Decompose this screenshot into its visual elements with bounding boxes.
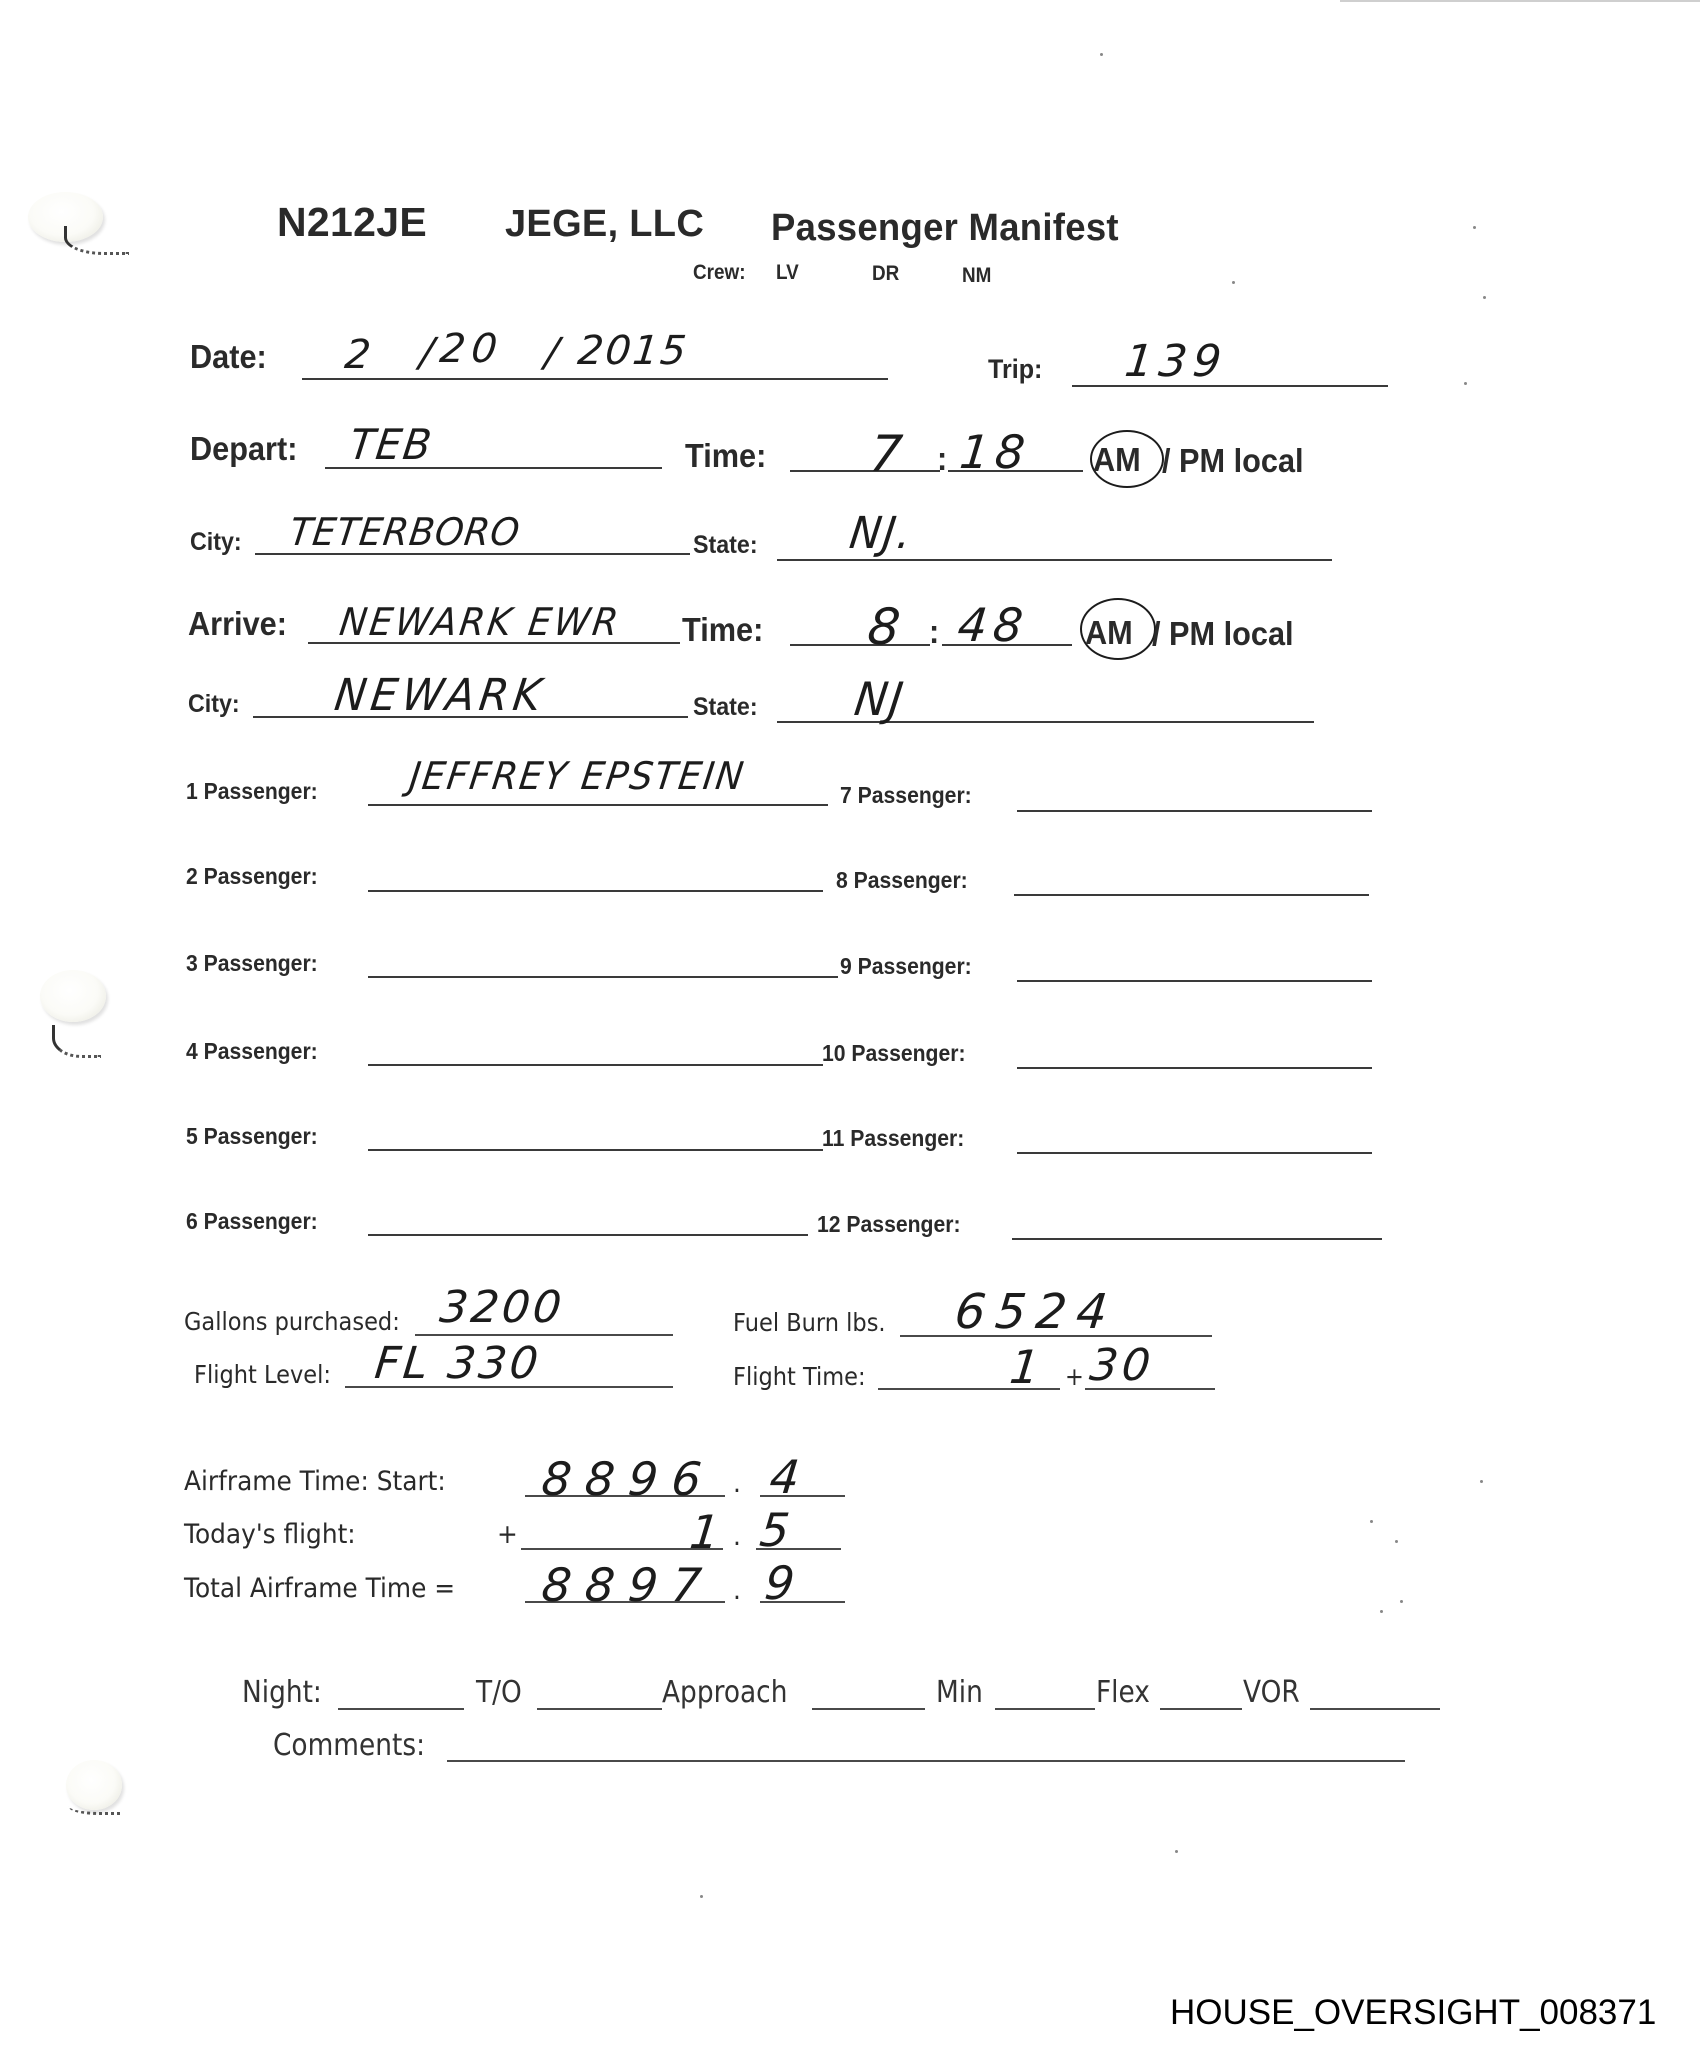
depart-time-minute[interactable]: 18 <box>957 425 1033 479</box>
flex-label: Flex <box>1096 1675 1150 1710</box>
depart-time-hour[interactable]: 7 <box>867 425 911 483</box>
night-label: Night: <box>242 1675 322 1710</box>
gallons-value[interactable]: 3200 <box>437 1282 566 1333</box>
punch-hole-top-shadow <box>64 226 129 255</box>
arrive-am-option[interactable]: AM <box>1085 614 1133 652</box>
scan-edge <box>1340 0 1700 2</box>
depart-time-colon: : <box>937 440 947 478</box>
arrive-label: Arrive: <box>188 605 287 643</box>
passenger-2-line[interactable] <box>368 890 823 892</box>
scan-speck <box>1473 226 1476 229</box>
punch-hole-middle <box>40 970 106 1022</box>
depart-pm-local-option[interactable]: / PM local <box>1162 442 1304 480</box>
flex-line[interactable] <box>1160 1708 1242 1710</box>
flight-time-label: Flight Time: <box>733 1362 866 1391</box>
total-airframe-label: Total Airframe Time = <box>184 1573 455 1604</box>
fuel-burn-value[interactable]: 6524 <box>952 1284 1120 1340</box>
arrive-state-label: State: <box>693 693 758 722</box>
passenger-10-label: 10 Passenger: <box>822 1040 966 1067</box>
passenger-1-name[interactable]: JEFFREY EPSTEIN <box>407 754 748 798</box>
fuel-burn-label: Fuel Burn lbs. <box>733 1308 886 1337</box>
airframe-start-whole[interactable]: 8896 <box>539 1452 718 1506</box>
depart-city-label: City: <box>190 528 242 557</box>
depart-label: Depart: <box>190 430 297 468</box>
date-year[interactable]: 2015 <box>576 328 691 374</box>
date-field-line <box>302 378 888 380</box>
airframe-start-label: Airframe Time: Start: <box>184 1466 446 1497</box>
approach-label: Approach <box>662 1675 787 1710</box>
passenger-6-label: 6 Passenger: <box>186 1208 318 1235</box>
gallons-label: Gallons purchased: <box>184 1307 400 1336</box>
scan-speck <box>1480 1480 1483 1483</box>
todays-flight-tenth[interactable]: 5 <box>757 1503 806 1557</box>
date-separator-2: / <box>543 330 567 376</box>
crew-member-3: NM <box>962 264 991 288</box>
total-airframe-whole[interactable]: 8897 <box>539 1558 718 1612</box>
arrive-time-minute[interactable]: 48 <box>955 598 1031 652</box>
passenger-8-label: 8 Passenger: <box>836 867 968 894</box>
depart-am-option[interactable]: AM <box>1093 441 1141 479</box>
date-label: Date: <box>190 338 267 376</box>
airframe-start-tenth[interactable]: 4 <box>767 1450 816 1504</box>
passenger-12-label: 12 Passenger: <box>817 1211 961 1238</box>
vor-line[interactable] <box>1310 1708 1440 1710</box>
passenger-7-line[interactable] <box>1017 810 1372 812</box>
crew-label: Crew: <box>693 261 746 285</box>
passenger-5-label: 5 Passenger: <box>186 1123 318 1150</box>
todays-flight-label: Today's flight: <box>184 1519 356 1550</box>
passenger-1-label: 1 Passenger: <box>186 778 318 805</box>
airframe-decimal: . <box>733 1468 741 1499</box>
date-month[interactable]: 2 <box>343 332 379 378</box>
company-name: JEGE, LLC <box>505 203 704 246</box>
crew-member-1: LV <box>776 261 799 285</box>
passenger-10-line[interactable] <box>1017 1067 1372 1069</box>
depart-state-label: State: <box>693 531 758 560</box>
passenger-9-label: 9 Passenger: <box>840 953 972 980</box>
flight-time-minutes[interactable]: 30 <box>1087 1340 1156 1391</box>
arrive-city-label: City: <box>188 690 240 719</box>
arrive-time-hour[interactable]: 8 <box>865 598 909 656</box>
arrive-time-label: Time: <box>682 611 763 649</box>
passenger-6-line[interactable] <box>368 1234 808 1236</box>
bates-number: HOUSE_OVERSIGHT_008371 <box>1170 1993 1656 2033</box>
gallons-line <box>415 1334 673 1336</box>
arrive-hour-line <box>790 644 930 646</box>
passenger-11-label: 11 Passenger: <box>822 1125 964 1152</box>
comments-label: Comments: <box>273 1728 425 1763</box>
passenger-4-label: 4 Passenger: <box>186 1038 318 1065</box>
arrive-airport[interactable]: NEWARK EWR <box>337 600 624 644</box>
trip-label: Trip: <box>988 354 1042 385</box>
flight-time-plus: + <box>1065 1362 1084 1391</box>
todays-flight-plus: + <box>497 1519 518 1550</box>
arrive-pm-local-option[interactable]: / PM local <box>1152 615 1294 653</box>
flight-time-hours[interactable]: 1 <box>1007 1340 1048 1394</box>
passenger-3-line[interactable] <box>368 976 838 978</box>
passenger-7-label: 7 Passenger: <box>840 782 972 809</box>
airframe-decimal: . <box>733 1575 741 1606</box>
trip-field-line <box>1072 385 1388 387</box>
vor-label: VOR <box>1243 1675 1300 1710</box>
takeoff-label: T/O <box>476 1675 522 1710</box>
passenger-11-line[interactable] <box>1017 1152 1372 1154</box>
passenger-5-line[interactable] <box>368 1149 823 1151</box>
passenger-1-line <box>368 804 828 806</box>
passenger-8-line[interactable] <box>1014 894 1369 896</box>
approach-line[interactable] <box>812 1708 925 1710</box>
todays-flight-whole[interactable]: 1 <box>687 1505 736 1559</box>
scan-speck <box>700 1895 703 1898</box>
scan-speck <box>1400 1600 1403 1603</box>
min-label: Min <box>936 1675 983 1710</box>
airframe-decimal: . <box>733 1521 741 1552</box>
takeoff-line[interactable] <box>537 1708 662 1710</box>
scan-speck <box>1395 1540 1398 1543</box>
total-airframe-tenth[interactable]: 9 <box>762 1556 811 1610</box>
passenger-3-label: 3 Passenger: <box>186 950 318 977</box>
scan-speck <box>1370 1520 1373 1523</box>
crew-member-2: DR <box>872 262 899 286</box>
tail-number: N212JE <box>277 199 427 246</box>
min-line[interactable] <box>995 1708 1095 1710</box>
depart-hour-line <box>790 470 940 472</box>
depart-time-label: Time: <box>685 437 766 475</box>
punch-hole-middle-shadow <box>52 1025 101 1058</box>
comments-line[interactable] <box>447 1760 1405 1762</box>
depart-state[interactable]: NJ. <box>847 508 916 559</box>
scan-speck <box>1175 1850 1178 1853</box>
passenger-9-line[interactable] <box>1017 980 1372 982</box>
trip-number[interactable]: 139 <box>1122 336 1229 387</box>
flight-level-label: Flight Level: <box>194 1360 331 1389</box>
arrive-time-colon: : <box>929 613 939 651</box>
arrive-city[interactable]: NEWARK <box>332 670 549 721</box>
depart-airport[interactable]: TEB <box>347 420 436 469</box>
punch-hole-bottom-shadow <box>68 1800 120 1815</box>
depart-state-line <box>777 559 1332 561</box>
flight-level-value[interactable]: FL 330 <box>372 1338 543 1389</box>
passenger-2-label: 2 Passenger: <box>186 863 318 890</box>
arrive-state[interactable]: NJ <box>851 672 908 726</box>
scan-speck <box>1483 296 1486 299</box>
passenger-4-line[interactable] <box>368 1064 823 1066</box>
scan-speck <box>1464 382 1467 385</box>
passenger-12-line[interactable] <box>1012 1238 1382 1240</box>
night-line[interactable] <box>338 1708 464 1710</box>
scan-speck <box>1232 281 1235 284</box>
scan-speck <box>1380 1610 1383 1613</box>
page-title: Passenger Manifest <box>771 207 1119 250</box>
date-day[interactable]: 20 <box>438 326 506 372</box>
scan-speck <box>1100 53 1103 56</box>
depart-city[interactable]: TETERBORO <box>287 510 523 554</box>
